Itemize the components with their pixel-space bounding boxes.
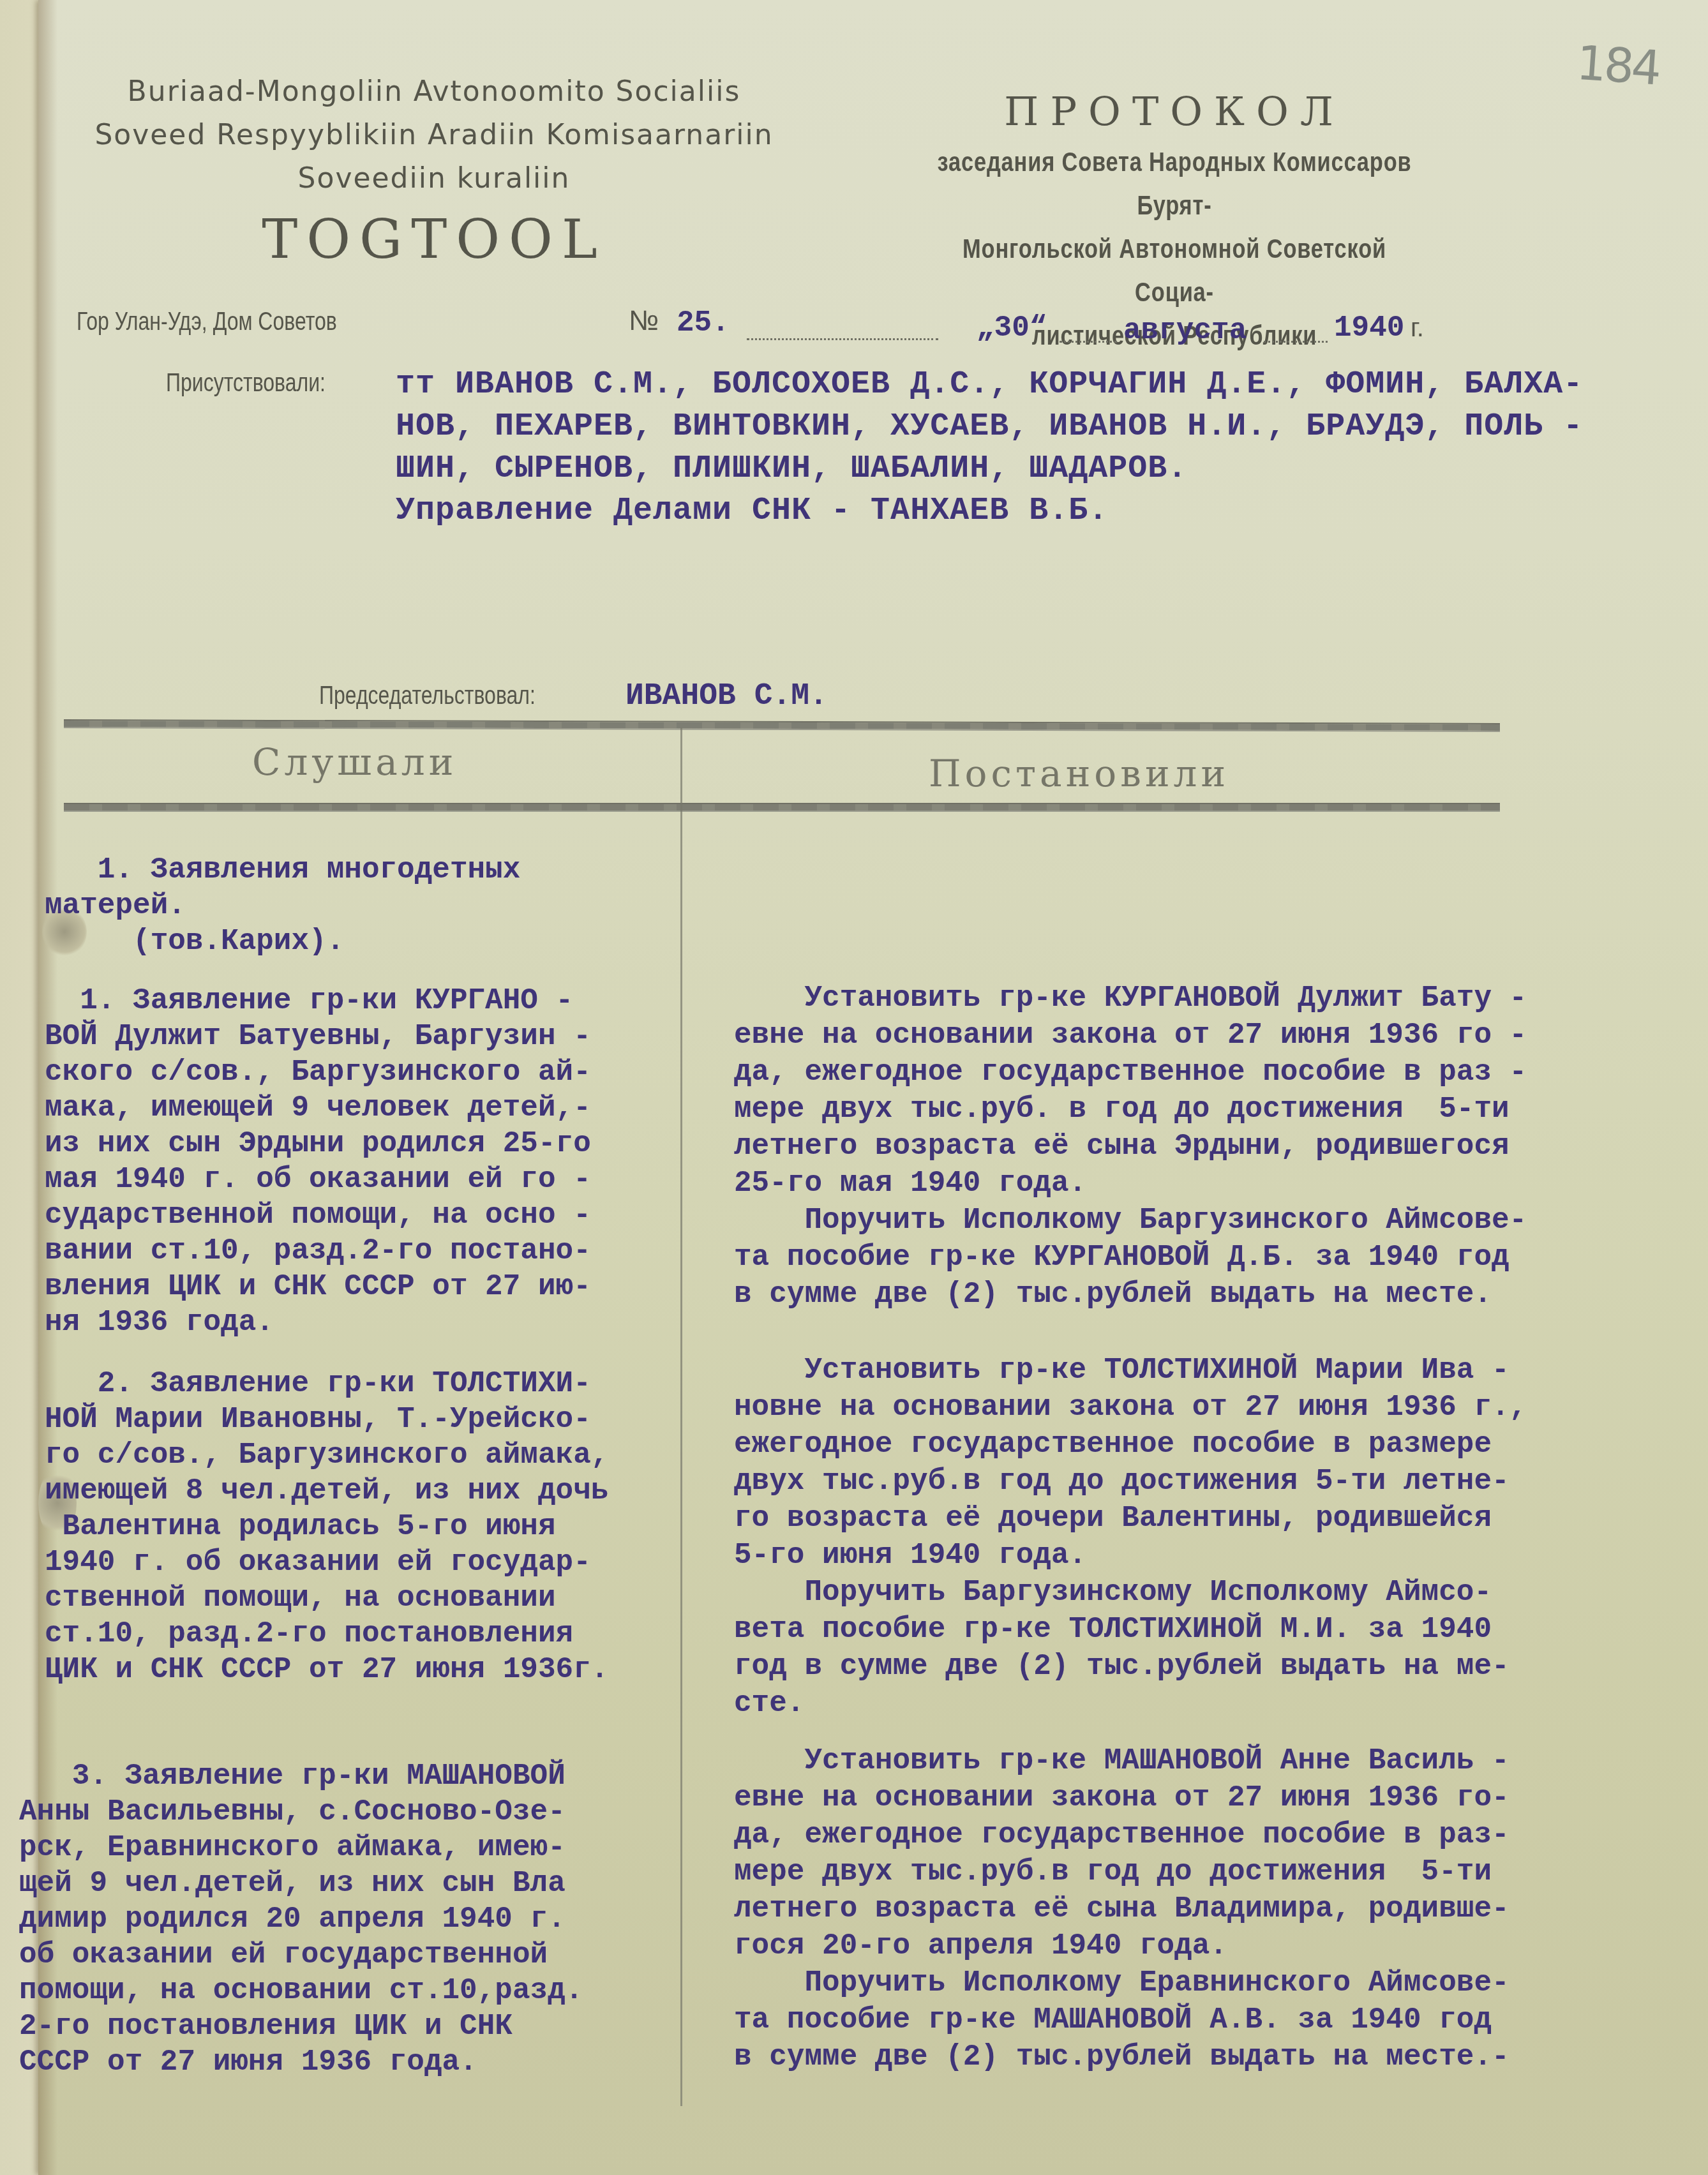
agenda-heading: 1. Заявления многодетныхматерей. (тов.Ка… — [45, 852, 657, 959]
text-line: 25-го мая 1940 года. — [734, 1165, 1628, 1202]
header-line: Buriaad-Mongoliin Avtonoomito Socialiis — [77, 70, 791, 114]
chairman-name: ИВАНОВ С.М. — [626, 679, 828, 714]
item-1-heard: 1. Заявление гр-ки КУРГАНО -ВОЙ Дулжит Б… — [45, 983, 657, 1340]
column-heading-resolved: Постановили — [929, 752, 1229, 795]
text-line: год в сумме две (2) тыс.рублей выдать на… — [734, 1648, 1628, 1685]
text-line: Валентина родилась 5-го июня — [45, 1509, 657, 1544]
header-title-togtool: TOGTOOL — [77, 204, 791, 274]
item-2-resolved: Установить гр-ке ТОЛСТИХИНОЙ Марии Ива -… — [734, 1352, 1628, 1722]
item-1-resolved: Установить гр-ке КУРГАНОВОЙ Дулжит Бату … — [734, 980, 1628, 1313]
text-line: Установить гр-ке ТОЛСТИХИНОЙ Марии Ива - — [734, 1352, 1628, 1389]
folio-number: 184 — [1575, 36, 1661, 96]
text-line: мере двух тыс.руб. в год до достижения 5… — [734, 1091, 1628, 1128]
text-line: го возраста её дочери Валентины, родивше… — [734, 1500, 1628, 1537]
text-line: мере двух тыс.руб.в год до достижения 5-… — [734, 1853, 1628, 1890]
text-line: да, ежегодное государственное пособие в … — [734, 1816, 1628, 1853]
meeting-place: Гор Улан-Удэ, Дом Советов — [77, 308, 337, 336]
text-line: летнего возраста её сына Владимира, роди… — [734, 1890, 1628, 1927]
text-line: го с/сов., Баргузинского аймака, — [45, 1437, 657, 1473]
text-line: 3. Заявление гр-ки МАШАНОВОЙ — [19, 1758, 632, 1794]
header-rule-bottom — [64, 803, 1500, 812]
header-line: Soveediin kuraliin — [77, 157, 791, 200]
text-line: имеющей 8 чел.детей, из них дочь — [45, 1473, 657, 1509]
chairman-label: Председательствовал: — [319, 682, 536, 710]
agenda-line: (тов.Карих). — [45, 923, 657, 959]
text-line: летнего возраста её сына Эрдыни, родивше… — [734, 1128, 1628, 1165]
dotted-line — [1060, 341, 1117, 343]
text-line: Поручить Исполкому Баргузинского Аймсове… — [734, 1202, 1628, 1239]
protocol-year-suffix: г. — [1411, 314, 1424, 343]
protocol-number-label: № — [629, 305, 659, 337]
text-line: рск, Еравнинского аймака, имею- — [19, 1830, 632, 1865]
text-line: вления ЦИК и СНК СССР от 27 ию- — [45, 1269, 657, 1304]
text-line: НОЙ Марии Ивановны, Т.-Урейско- — [45, 1401, 657, 1437]
column-divider — [680, 728, 682, 2106]
text-line: двух тыс.руб.в год до достижения 5-ти ле… — [734, 1463, 1628, 1500]
text-line: евне на основании закона от 27 июня 1936… — [734, 1017, 1628, 1054]
text-line: щей 9 чел.детей, из них сын Вла — [19, 1865, 632, 1901]
text-line: вета пособие гр-ке ТОЛСТИХИНОЙ М.И. за 1… — [734, 1611, 1628, 1648]
text-line: ЦИК и СНК СССР от 27 июня 1936г. — [45, 1652, 657, 1687]
text-line: 1940 г. об оказании ей государ- — [45, 1544, 657, 1580]
text-line: Поручить Баргузинскому Исполкому Аймсо- — [734, 1574, 1628, 1611]
protocol-year: 1940 — [1334, 311, 1404, 345]
header-line: заседания Совета Народных Комиссаров Бур… — [923, 140, 1425, 227]
text-line: Установить гр-ке КУРГАНОВОЙ Дулжит Бату … — [734, 980, 1628, 1017]
column-heading-heard: Слушали — [252, 740, 457, 784]
item-3-heard: 3. Заявление гр-ки МАШАНОВОЙАнны Василье… — [19, 1758, 632, 2080]
header-line: Soveed Respyyblikiin Aradiin Komisaarnar… — [77, 114, 791, 157]
protocol-meta: Гор Улан-Удэ, Дом Советов № 25. „30“ авг… — [77, 300, 1545, 345]
item-3-resolved: Установить гр-ке МАШАНОВОЙ Анне Василь -… — [734, 1742, 1628, 2075]
text-line: да, ежегодное государственное пособие в … — [734, 1054, 1628, 1091]
agenda-line: 1. Заявления многодетных — [45, 852, 657, 888]
attendees-line: НОВ, ПЕХАРЕВ, ВИНТОВКИН, ХУСАЕВ, ИВАНОВ … — [396, 406, 1608, 448]
text-line: сте. — [734, 1685, 1628, 1722]
text-line: евне на основании закона от 27 июня 1936… — [734, 1779, 1628, 1816]
text-line: в сумме две (2) тыс.рублей выдать на мес… — [734, 1276, 1628, 1313]
text-line: 5-го июня 1940 года. — [734, 1537, 1628, 1574]
agenda-line: матерей. — [45, 888, 657, 923]
attendees-line: тт ИВАНОВ С.М., БОЛСОХОЕВ Д.С., КОРЧАГИН… — [396, 364, 1608, 406]
text-line: ственной помощи, на основании — [45, 1580, 657, 1616]
dotted-line — [1264, 341, 1328, 343]
text-line: Установить гр-ке МАШАНОВОЙ Анне Василь - — [734, 1742, 1628, 1779]
header-mongolian: Buriaad-Mongoliin Avtonoomito Socialiis … — [77, 70, 791, 274]
text-line: об оказании ей государственной — [19, 1937, 632, 1973]
text-line: ежегодное государственное пособие в разм… — [734, 1426, 1628, 1463]
text-line: гося 20-го апреля 1940 года. — [734, 1927, 1628, 1964]
text-line: из них сын Эрдыни родился 25-го — [45, 1126, 657, 1162]
text-line: димир родился 20 апреля 1940 г. — [19, 1901, 632, 1937]
text-line: 2. Заявление гр-ки ТОЛСТИХИ- — [45, 1366, 657, 1401]
header-title-protokol: ПРОТОКОЛ — [868, 83, 1481, 140]
protocol-day: „30“ — [977, 311, 1047, 345]
text-line: в сумме две (2) тыс.рублей выдать на мес… — [734, 2038, 1628, 2075]
text-line: ст.10, разд.2-го постановления — [45, 1616, 657, 1652]
attendees-line: ШИН, СЫРЕНОВ, ПЛИШКИН, ШАБАЛИН, ШАДАРОВ. — [396, 448, 1608, 490]
text-line: Поручить Исполкому Еравнинского Аймсове- — [734, 1964, 1628, 2001]
text-line: вании ст.10, разд.2-го постано- — [45, 1233, 657, 1269]
text-line: помощи, на основании ст.10,разд. — [19, 1973, 632, 2008]
chairman-block: Председательствовал: ИВАНОВ С.М. — [319, 682, 590, 712]
attendees-line: Управление Делами СНК - ТАНХАЕВ В.Б. — [396, 490, 1608, 532]
text-line: ня 1936 года. — [45, 1304, 657, 1340]
item-2-heard: 2. Заявление гр-ки ТОЛСТИХИ-НОЙ Марии Ив… — [45, 1366, 657, 1687]
text-line: та пособие гр-ке МАШАНОВОЙ А.В. за 1940 … — [734, 2001, 1628, 2038]
protocol-month: августа — [1123, 314, 1247, 347]
text-line: СССР от 27 июня 1936 года. — [19, 2044, 632, 2080]
attendees-label: Присутствовали: — [166, 369, 326, 398]
text-line: та пособие гр-ке КУРГАНОВОЙ Д.Б. за 1940… — [734, 1239, 1628, 1276]
text-line: мака, имеющей 9 человек детей,- — [45, 1090, 657, 1126]
text-line: сударственной помощи, на осно - — [45, 1197, 657, 1233]
text-line: 2-го постановления ЦИК и СНК — [19, 2008, 632, 2044]
text-line: новне на основании закона от 27 июня 193… — [734, 1389, 1628, 1426]
protocol-number: 25. — [677, 306, 730, 340]
text-line: ВОЙ Дулжит Батуевны, Баргузин - — [45, 1019, 657, 1054]
text-line: 1. Заявление гр-ки КУРГАНО - — [45, 983, 657, 1019]
text-line: Анны Васильевны, с.Сосново-Озе- — [19, 1794, 632, 1830]
text-line: ского с/сов., Баргузинского ай- — [45, 1054, 657, 1090]
attendees-list: тт ИВАНОВ С.М., БОЛСОХОЕВ Д.С., КОРЧАГИН… — [396, 364, 1608, 532]
text-line: мая 1940 г. об оказании ей го - — [45, 1162, 657, 1197]
dotted-line — [747, 338, 938, 340]
